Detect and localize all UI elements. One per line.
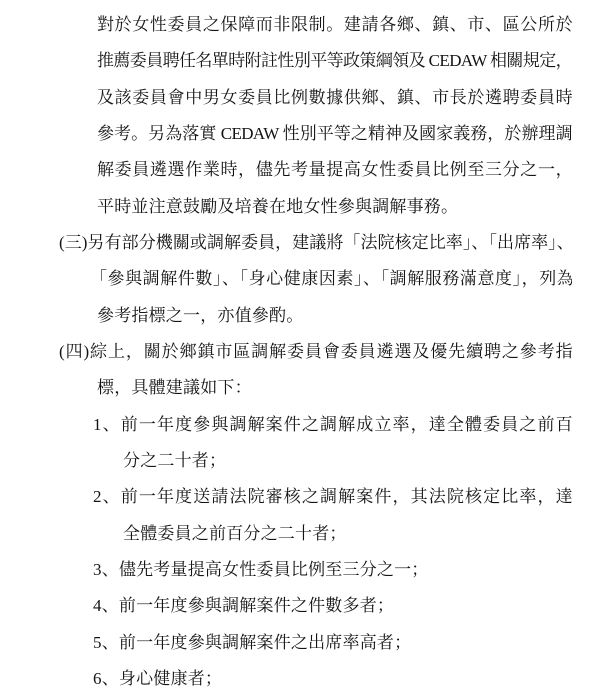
item-four-line: (四)綜上，關於鄉鎮市區調解委員會委員遴選及優先續聘之參考指 [59, 334, 572, 370]
item-three-line: 參考指標之一，亦值參酌。 [97, 298, 595, 334]
text-line: 對於女性委員之保障而非限制。建請各鄉、鎮、市、區公所於 [97, 7, 572, 43]
recommendation-line: 2、前一年度送請法院審核之調解案件，其法院核定比率，達 [93, 479, 572, 515]
item-four-line: 標，具體建議如下： [97, 370, 595, 406]
text-line: 解委員遴選作業時，儘先考量提高女性委員比例至三分之一， [97, 152, 572, 188]
recommendation-line: 5、前一年度參與調解案件之出席率高者； [93, 625, 595, 661]
document-page: 對於女性委員之保障而非限制。建請各鄉、鎮、市、區公所於 推薦委員聘任名單時附註性… [0, 0, 595, 695]
recommendation-line: 1、前一年度參與調解案件之調解成立率，達全體委員之前百 [93, 407, 572, 443]
recommendation-line: 3、儘先考量提高女性委員比例至三分之一； [93, 552, 595, 588]
text-line: 參考。另為落實 CEDAW 性別平等之精神及國家義務，於辦理調 [97, 116, 572, 152]
recommendation-line: 分之二十者； [123, 443, 595, 479]
item-three-line: (三)另有部分機關或調解委員，建議將「法院核定比率」、「出席率」、 [59, 225, 572, 261]
recommendation-line: 全體委員之前百分之二十者； [123, 516, 595, 552]
text-line: 平時並注意鼓勵及培養在地女性參與調解事務。 [97, 189, 595, 225]
recommendation-line: 6、身心健康者； [93, 661, 595, 695]
item-three-line: 「參與調解件數」、「身心健康因素」、「調解服務滿意度」，列為 [90, 261, 572, 297]
recommendation-line: 4、前一年度參與調解案件之件數多者； [93, 588, 595, 624]
text-line: 及該委員會中男女委員比例數據供鄉、鎮、市長於遴聘委員時 [97, 80, 572, 116]
text-line: 推薦委員聘任名單時附註性別平等政策綱領及 CEDAW 相關規定， [97, 43, 572, 79]
document-text-block: 對於女性委員之保障而非限制。建請各鄉、鎮、市、區公所於 推薦委員聘任名單時附註性… [0, 7, 595, 695]
